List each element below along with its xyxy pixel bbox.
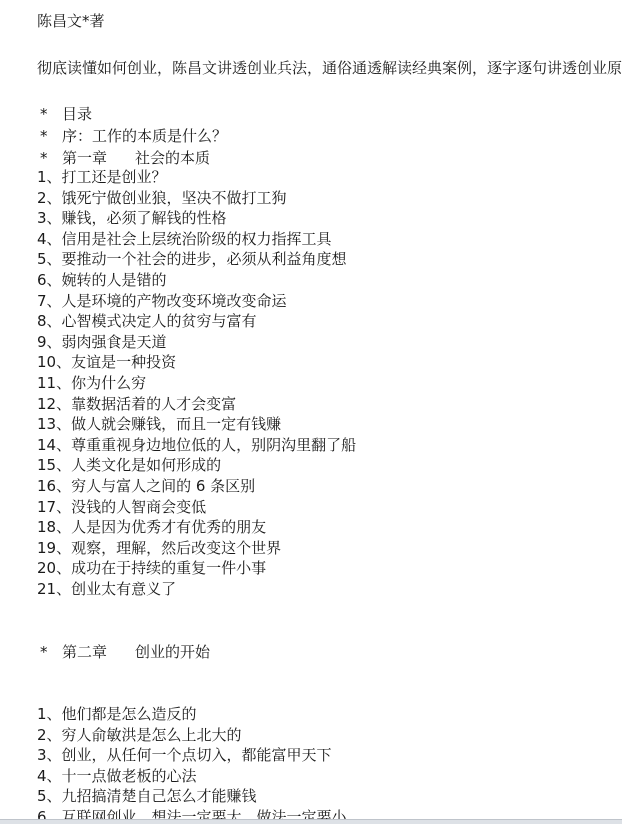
list-item: 9、弱肉强食是天道 (37, 332, 356, 353)
bullet-asterisk-icon: * (37, 125, 62, 147)
list-item: 11、你为什么穷 (37, 373, 356, 394)
list-item: 5、要推动一个社会的进步，必须从利益角度想 (37, 249, 356, 270)
toc-entry-catalog: * 目录 (37, 103, 227, 125)
list-item: 20、成功在于持续的重复一件小事 (37, 558, 356, 579)
chapter1-label: 第一章 (62, 147, 107, 169)
list-item: 13、做人就会赚钱，而且一定有钱赚 (37, 414, 356, 435)
list-item: 4、十一点做老板的心法 (37, 766, 347, 787)
author-line: 陈昌文*著 (37, 11, 105, 32)
list-item: 19、观察，理解，然后改变这个世界 (37, 538, 356, 559)
chapter1-title: 社会的本质 (135, 147, 210, 169)
bullet-asterisk-icon: * (37, 641, 62, 663)
list-item: 18、人是因为优秀才有优秀的朋友 (37, 517, 356, 538)
list-item: 7、人是环境的产物改变环境改变命运 (37, 291, 356, 312)
list-item: 3、创业，从任何一个点切入，都能富甲天下 (37, 745, 347, 766)
toc-entry-preface: * 序：工作的本质是什么？ (37, 125, 227, 147)
list-item: 10、友谊是一种投资 (37, 352, 356, 373)
list-item: 4、信用是社会上层统治阶级的权力指挥工具 (37, 229, 356, 250)
chapter1-heading: * 第一章 社会的本质 (37, 147, 227, 169)
bullet-asterisk-icon: * (37, 103, 62, 125)
chapter2-title: 创业的开始 (135, 641, 210, 663)
list-item: 2、穷人俞敏洪是怎么上北大的 (37, 725, 347, 746)
list-item: 8、心智模式决定人的贫穷与富有 (37, 311, 356, 332)
list-item: 21、创业太有意义了 (37, 579, 356, 600)
toc-entry-label: 目录 (62, 103, 92, 125)
list-item: 14、尊重重视身边地位低的人，别阴沟里翻了船 (37, 435, 356, 456)
chapter2-item-list: 1、他们都是怎么造反的 2、穷人俞敏洪是怎么上北大的 3、创业，从任何一个点切入… (37, 704, 347, 824)
page-bottom-edge (0, 819, 622, 824)
toc-entry-label: 序：工作的本质是什么？ (62, 125, 227, 147)
document-page: 陈昌文*著 彻底读懂如何创业，陈昌文讲透创业兵法，通俗通透解读经典案例，逐字逐句… (0, 0, 622, 824)
chapter1-item-list: 1、打工还是创业？ 2、饿死宁做创业狼，坚决不做打工狗 3、赚钱，必须了解钱的性… (37, 167, 356, 599)
bullet-asterisk-icon: * (37, 147, 62, 169)
chapter2-heading: * 第二章 创业的开始 (37, 641, 210, 663)
list-item: 16、穷人与富人之间的 6 条区别 (37, 476, 356, 497)
intro-paragraph: 彻底读懂如何创业，陈昌文讲透创业兵法，通俗通透解读经典案例，逐字逐句讲透创业原理 (37, 58, 622, 79)
list-item: 12、靠数据活着的人才会变富 (37, 394, 356, 415)
list-item: 17、没钱的人智商会变低 (37, 497, 356, 518)
list-item: 1、打工还是创业？ (37, 167, 356, 188)
list-item: 2、饿死宁做创业狼，坚决不做打工狗 (37, 188, 356, 209)
list-item: 5、九招搞清楚自己怎么才能赚钱 (37, 786, 347, 807)
chapter2-label: 第二章 (62, 641, 107, 663)
list-item: 1、他们都是怎么造反的 (37, 704, 347, 725)
list-item: 3、赚钱，必须了解钱的性格 (37, 208, 356, 229)
toc-header-list: * 目录 * 序：工作的本质是什么？ * 第一章 社会的本质 (37, 103, 227, 169)
list-item: 15、人类文化是如何形成的 (37, 455, 356, 476)
list-item: 6、婉转的人是错的 (37, 270, 356, 291)
